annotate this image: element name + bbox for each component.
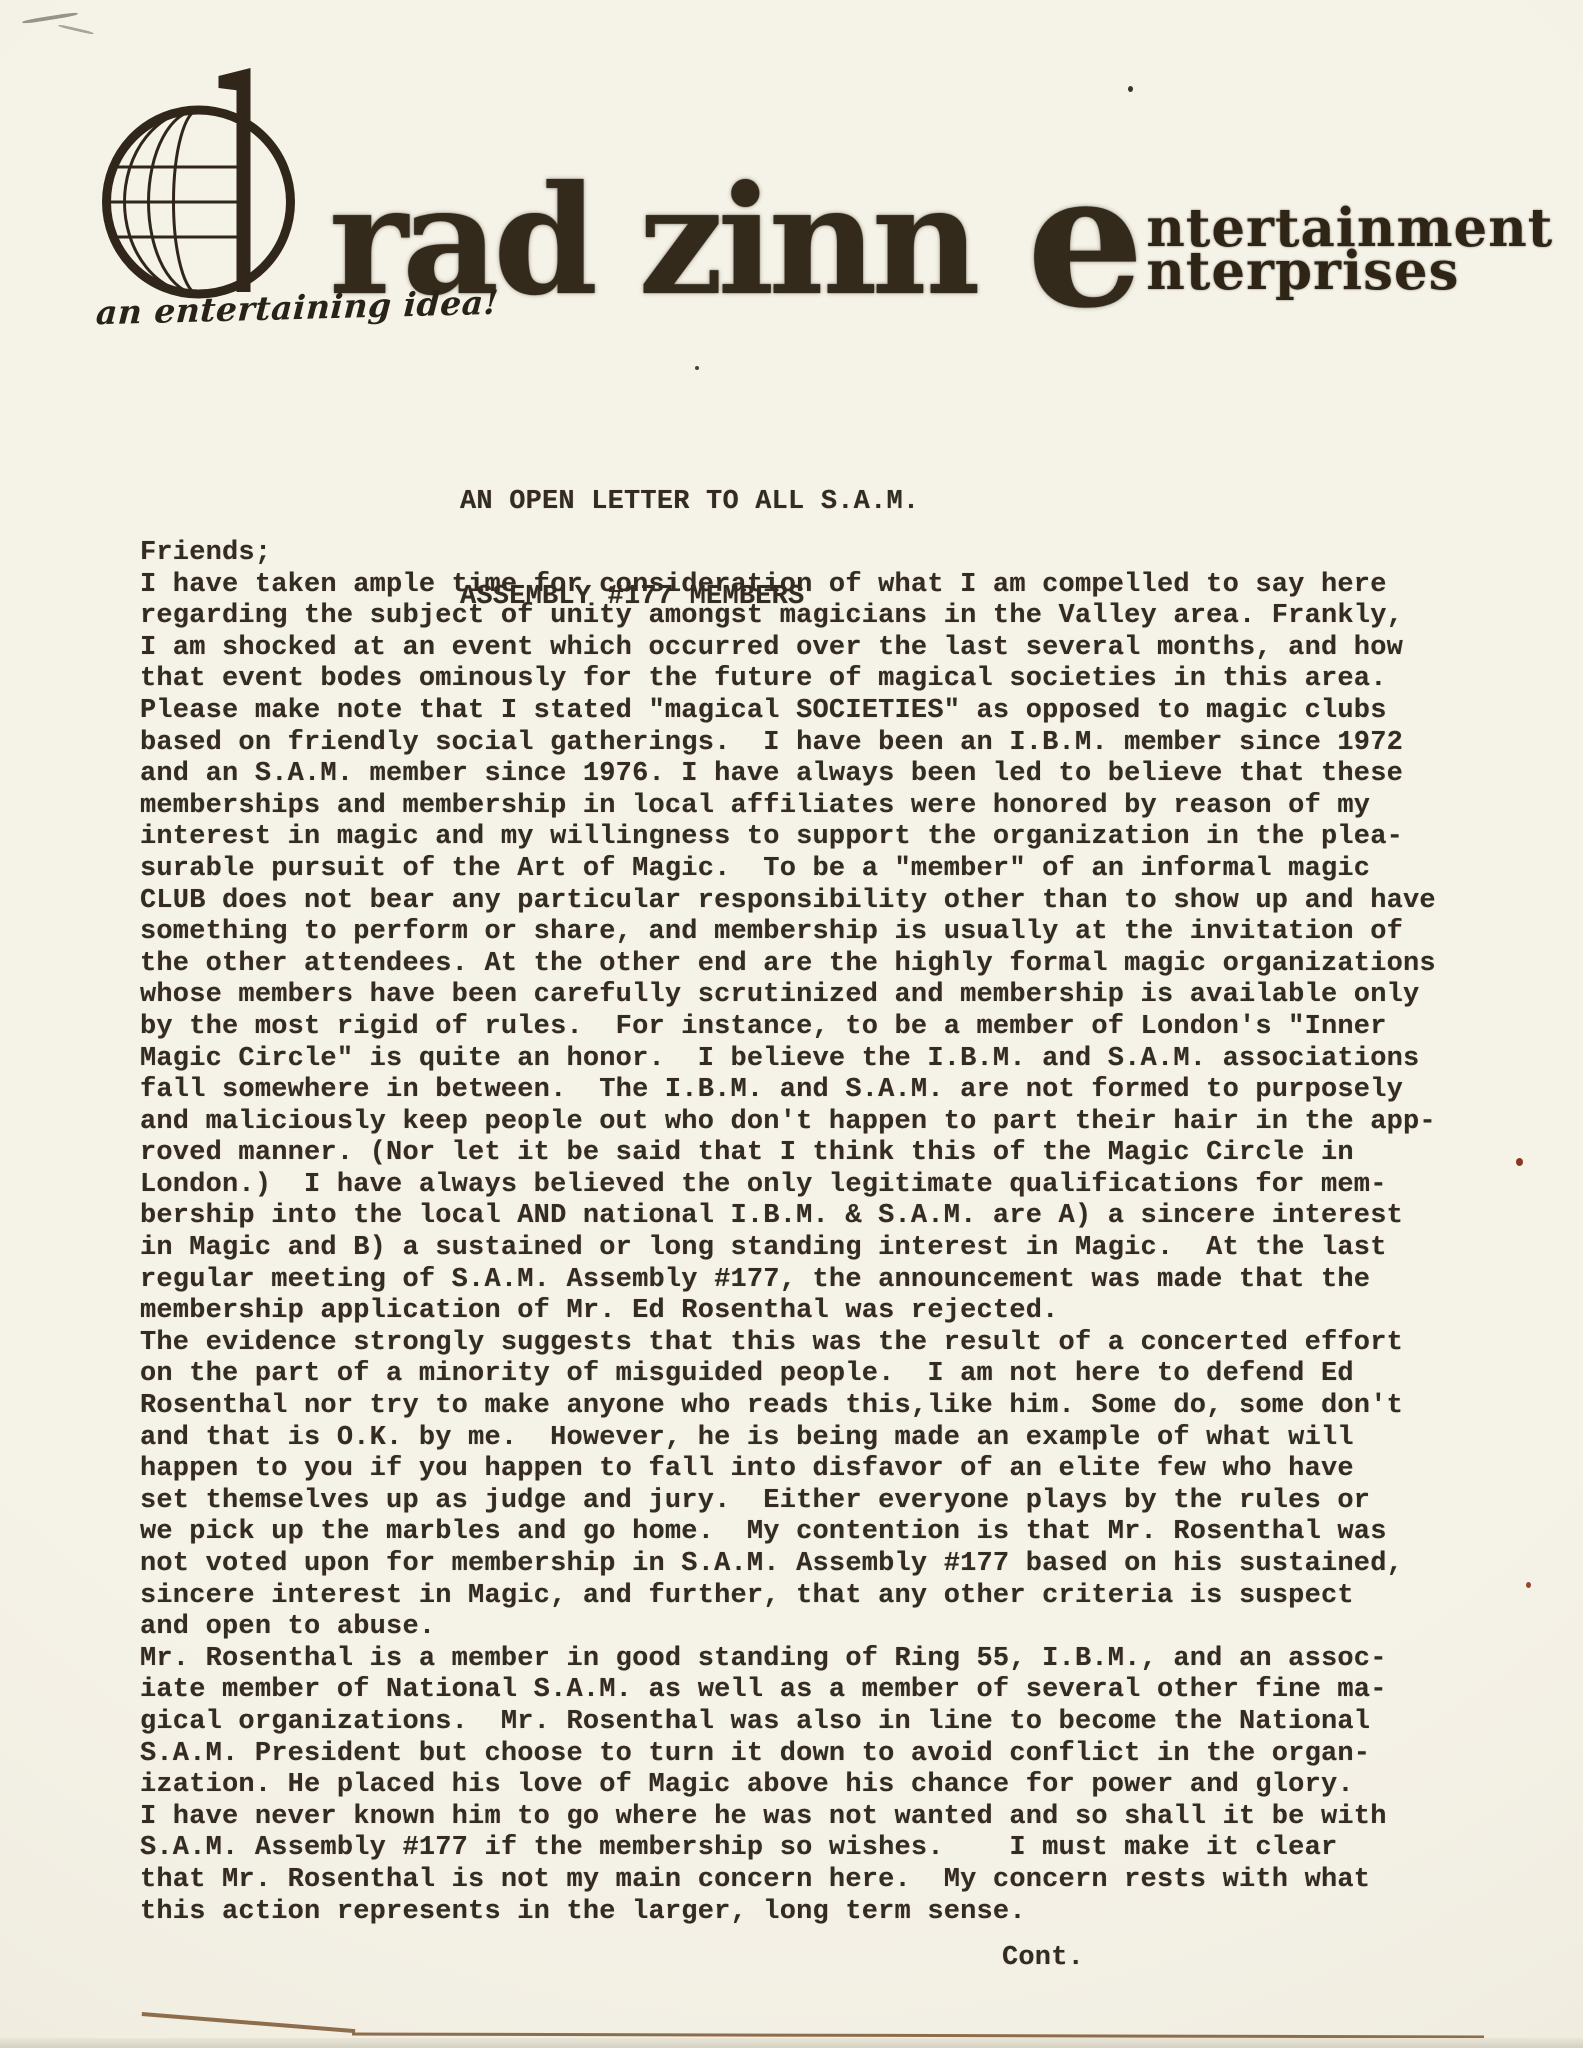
brand-logo: rad zinn e ntertainment nterprises — [85, 62, 1553, 302]
ink-speck — [1128, 86, 1133, 92]
brand-words: ntertainment nterprises — [1146, 207, 1553, 292]
scan-bottom-edge — [0, 2038, 1583, 2048]
brand-name-text: rad zinn — [329, 183, 975, 300]
letter-page: rad zinn e ntertainment nterprises an en… — [0, 0, 1583, 2048]
globe-b-icon — [85, 62, 323, 302]
continuation-note: Cont. — [1002, 1943, 1084, 1975]
letter-body: Friends; I have taken ample time for con… — [140, 538, 1436, 1928]
brand-enterprise-block: e ntertainment nterprises — [1027, 185, 1554, 296]
salutation: Friends; — [140, 538, 1436, 570]
rust-speck — [1516, 1158, 1523, 1166]
pencil-mark — [22, 12, 78, 25]
heading-line-1: AN OPEN LETTER TO ALL S.A.M. — [460, 487, 919, 519]
paper-edge-line — [142, 2012, 356, 2033]
letter-text: I have taken ample time for consideratio… — [140, 570, 1436, 1929]
brand-big-e: e — [1027, 185, 1145, 296]
pencil-mark — [58, 24, 94, 35]
ink-speck — [695, 366, 699, 370]
rust-speck — [1526, 1582, 1531, 1588]
